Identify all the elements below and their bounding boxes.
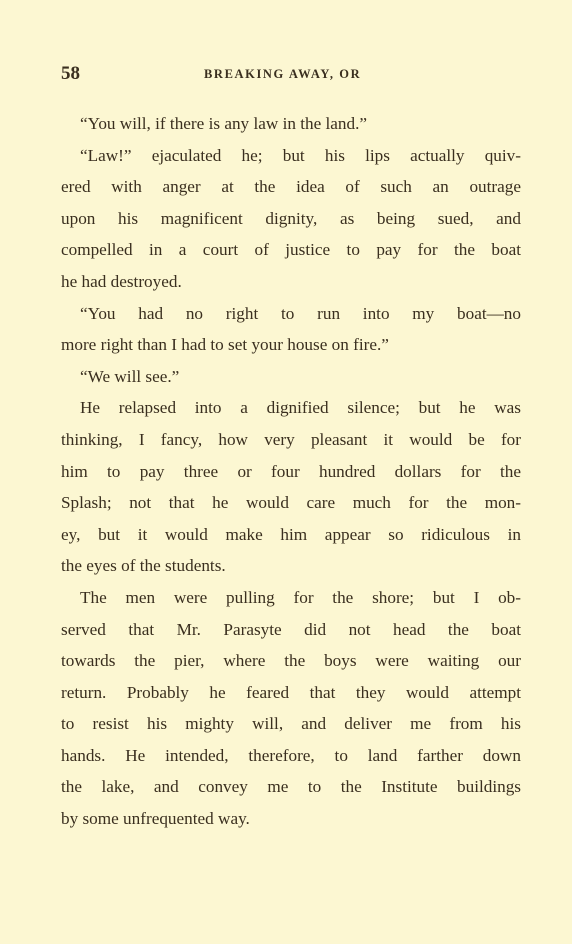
page-number: 58 — [61, 63, 80, 85]
text-line: “You will, if there is any law in the la… — [61, 108, 521, 140]
paragraph: He relapsed into a dignified silence; bu… — [61, 392, 521, 582]
paragraph: The men were pulling for the shore; but … — [61, 582, 521, 835]
text-line: “You had no right to run into my boat—no — [61, 298, 521, 330]
text-line: The men were pulling for the shore; but … — [61, 582, 521, 614]
text-line: he had destroyed. — [61, 266, 521, 298]
text-line: upon his magnificent dignity, as being s… — [61, 203, 521, 235]
text-line: thinking, I fancy, how very pleasant it … — [61, 424, 521, 456]
paragraph: “You will, if there is any law in the la… — [61, 108, 521, 140]
text-line: hands. He intended, therefore, to land f… — [61, 740, 521, 772]
running-title: BREAKING AWAY, OR — [204, 67, 361, 82]
text-line: to resist his mighty will, and deliver m… — [61, 708, 521, 740]
text-line: more right than I had to set your house … — [61, 329, 521, 361]
text-line: the eyes of the students. — [61, 550, 521, 582]
text-line: towards the pier, where the boys were wa… — [61, 645, 521, 677]
text-line: served that Mr. Parasyte did not head th… — [61, 614, 521, 646]
paragraph: “You had no right to run into my boat—no… — [61, 298, 521, 361]
text-line: compelled in a court of justice to pay f… — [61, 234, 521, 266]
paragraph: “Law!” ejaculated he; but his lips actua… — [61, 140, 521, 298]
text-line: Splash; not that he would care much for … — [61, 487, 521, 519]
text-line: return. Probably he feared that they wou… — [61, 677, 521, 709]
text-line: “Law!” ejaculated he; but his lips actua… — [61, 140, 521, 172]
text-line: by some unfrequented way. — [61, 803, 521, 835]
paragraph: “We will see.” — [61, 361, 521, 393]
text-line: “We will see.” — [61, 361, 521, 393]
text-line: ered with anger at the idea of such an o… — [61, 171, 521, 203]
running-head: 58 BREAKING AWAY, OR — [61, 63, 521, 87]
book-page: 58 BREAKING AWAY, OR “You will, if there… — [0, 0, 572, 944]
text-line: the lake, and convey me to the Institute… — [61, 771, 521, 803]
text-line: ey, but it would make him appear so ridi… — [61, 519, 521, 551]
text-line: He relapsed into a dignified silence; bu… — [61, 392, 521, 424]
text-line: him to pay three or four hundred dollars… — [61, 456, 521, 488]
body-text: “You will, if there is any law in the la… — [61, 108, 521, 835]
